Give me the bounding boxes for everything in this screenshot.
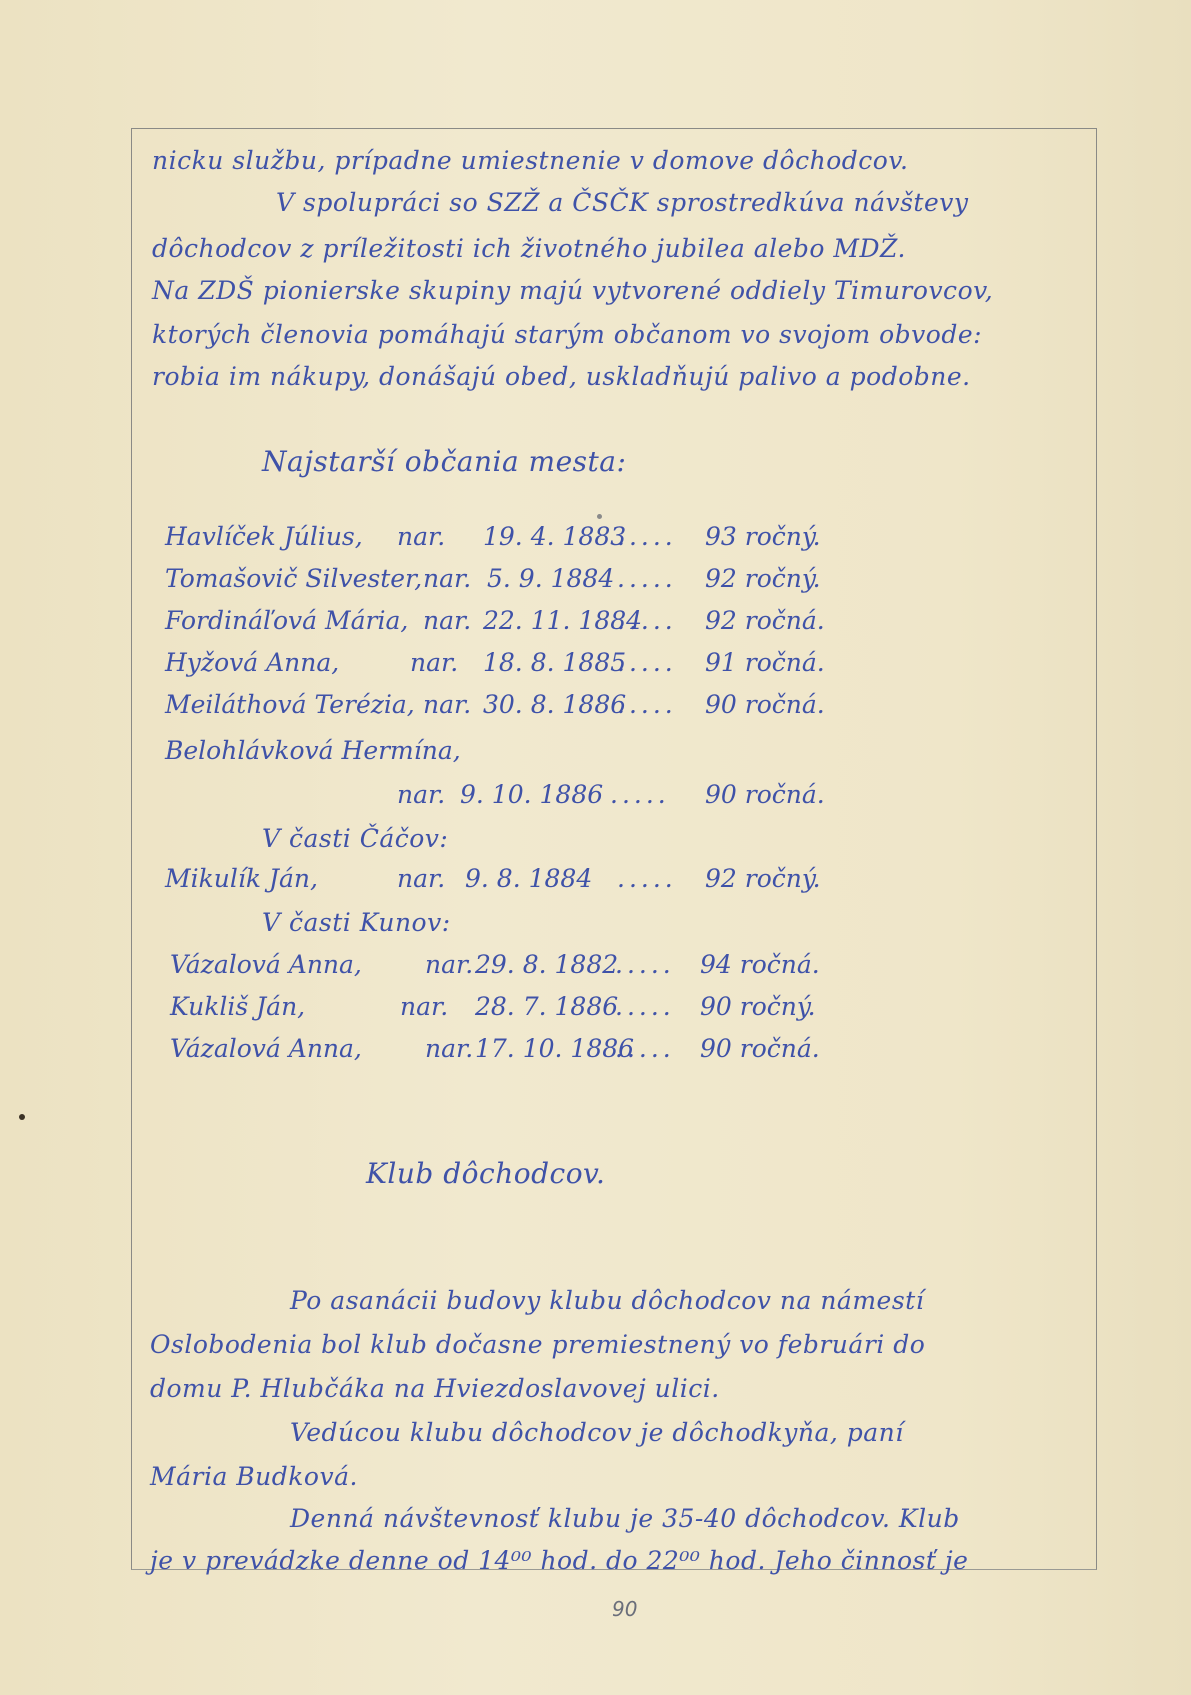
citizen-name: Hyžová Anna,	[165, 650, 339, 675]
cacov-heading: V časti Čáčov:	[262, 826, 448, 851]
paragraph-1-line-1: nicku službu, prípadne umiestnenie v dom…	[152, 148, 908, 173]
born-label: nar.	[397, 866, 445, 891]
leader-dots: .....	[617, 692, 677, 717]
citizen-age: 90 ročná.	[700, 1036, 820, 1061]
leader-dots: .....	[615, 994, 675, 1019]
citizen-age: 94 ročná.	[700, 952, 820, 977]
born-label: nar.	[423, 692, 471, 717]
citizen-name: Kukliš Ján,	[170, 994, 305, 1019]
paragraph-2-line-7: je v prevádzke denne od 14⁰⁰ hod. do 22⁰…	[150, 1548, 968, 1573]
citizen-age: 92 ročný.	[705, 866, 821, 891]
birth-date: 18. 8. 1885	[483, 650, 626, 675]
birth-date: 9. 10. 1886	[460, 782, 603, 807]
paragraph-1-line-6: robia im nákupy, donášajú obed, uskladňu…	[152, 364, 971, 389]
citizen-entry: Meiláthová Terézia, nar. 30. 8. 1886 ...…	[165, 692, 865, 722]
leader-dots: .....	[617, 650, 677, 675]
club-heading: Klub dôchodcov.	[366, 1160, 605, 1188]
born-label: nar.	[423, 608, 471, 633]
citizen-entry: Kukliš Ján, nar. 28. 7. 1886 ..... 90 ro…	[170, 994, 870, 1024]
leader-dots: .....	[617, 566, 677, 591]
born-label: nar.	[410, 650, 458, 675]
citizen-entry: Fordináľová Mária, nar. 22. 11. 1884 ...…	[165, 608, 865, 638]
citizen-entry: Vázalová Anna, nar. 29. 8. 1882 ..... 94…	[170, 952, 870, 982]
paper-speck	[597, 514, 602, 519]
citizen-age: 91 ročná.	[705, 650, 825, 675]
birth-date: 30. 8. 1886	[483, 692, 626, 717]
citizen-entry: Tomašovič Silvester, nar. 5. 9. 1884 ...…	[165, 566, 865, 596]
leader-dots: .....	[610, 782, 670, 807]
citizen-name: Tomašovič Silvester,	[165, 566, 422, 591]
born-label: nar.	[423, 566, 471, 591]
kunov-heading: V časti Kunov:	[262, 910, 451, 935]
citizen-entry: Mikulík Ján, nar. 9. 8. 1884 ..... 92 ro…	[165, 866, 865, 896]
birth-date: 29. 8. 1882	[475, 952, 618, 977]
birth-date: 17. 10. 1886	[475, 1036, 634, 1061]
paragraph-1-line-5: ktorých členovia pomáhajú starým občanom…	[152, 322, 982, 347]
paper-speck	[19, 1114, 25, 1120]
citizen-age: 92 ročný.	[705, 566, 821, 591]
citizen-name: Belohlávková Hermína,	[165, 738, 461, 763]
birth-date: 9. 8. 1884	[465, 866, 592, 891]
birth-date: 5. 9. 1884	[487, 566, 614, 591]
paragraph-1-line-3: dôchodcov z príležitosti ich životného j…	[152, 236, 906, 261]
born-label: nar.	[425, 952, 473, 977]
citizen-age: 93 ročný.	[705, 524, 821, 549]
citizen-name: Fordináľová Mária,	[165, 608, 408, 633]
born-label: nar.	[425, 1036, 473, 1061]
leader-dots: .....	[615, 952, 675, 977]
paragraph-1-line-2: V spolupráci so SZŽ a ČSČK sprostredkúva…	[276, 190, 969, 215]
born-label: nar.	[397, 524, 445, 549]
citizen-name: Mikulík Ján,	[165, 866, 318, 891]
document-page: nicku službu, prípadne umiestnenie v dom…	[0, 0, 1191, 1695]
born-label: nar.	[400, 994, 448, 1019]
citizen-age: 92 ročná.	[705, 608, 825, 633]
page-number: 90	[612, 1597, 637, 1621]
paragraph-2-line-1: Po asanácii budovy klubu dôchodcov na ná…	[290, 1288, 924, 1313]
leader-dots: .....	[617, 608, 677, 633]
oldest-citizens-heading: Najstarší občania mesta:	[262, 448, 626, 476]
citizen-age: 90 ročný.	[700, 994, 816, 1019]
born-label: nar.	[397, 782, 445, 807]
citizen-age: 90 ročná.	[705, 692, 825, 717]
citizen-entry: Belohlávková Hermína, nar. 9. 10. 1886 .…	[165, 738, 865, 818]
paragraph-2-line-5: Mária Budková.	[150, 1464, 358, 1489]
citizen-age: 90 ročná.	[705, 782, 825, 807]
leader-dots: .....	[617, 866, 677, 891]
birth-date: 28. 7. 1886	[475, 994, 618, 1019]
paragraph-2-line-6: Denná návštevnosť klubu je 35-40 dôchodc…	[290, 1506, 960, 1531]
citizen-name: Meiláthová Terézia,	[165, 692, 415, 717]
citizen-name: Vázalová Anna,	[170, 1036, 362, 1061]
citizen-name: Vázalová Anna,	[170, 952, 362, 977]
birth-date: 19. 4. 1883	[483, 524, 626, 549]
citizen-entry: Havlíček Július, nar. 19. 4. 1883 ..... …	[165, 524, 865, 554]
paragraph-2-line-2: Oslobodenia bol klub dočasne premiestnen…	[150, 1332, 925, 1357]
leader-dots: .....	[617, 524, 677, 549]
paragraph-2-line-4: Vedúcou klubu dôchodcov je dôchodkyňa, p…	[290, 1420, 904, 1445]
citizen-entry: Vázalová Anna, nar. 17. 10. 1886 ..... 9…	[170, 1036, 870, 1066]
paragraph-2-line-3: domu P. Hlubčáka na Hviezdoslavovej ulic…	[150, 1376, 720, 1401]
citizen-entry: Hyžová Anna, nar. 18. 8. 1885 ..... 91 r…	[165, 650, 865, 680]
citizen-name: Havlíček Július,	[165, 524, 363, 549]
paragraph-1-line-4: Na ZDŠ pionierske skupiny majú vytvorené…	[152, 278, 993, 303]
leader-dots: .....	[615, 1036, 675, 1061]
